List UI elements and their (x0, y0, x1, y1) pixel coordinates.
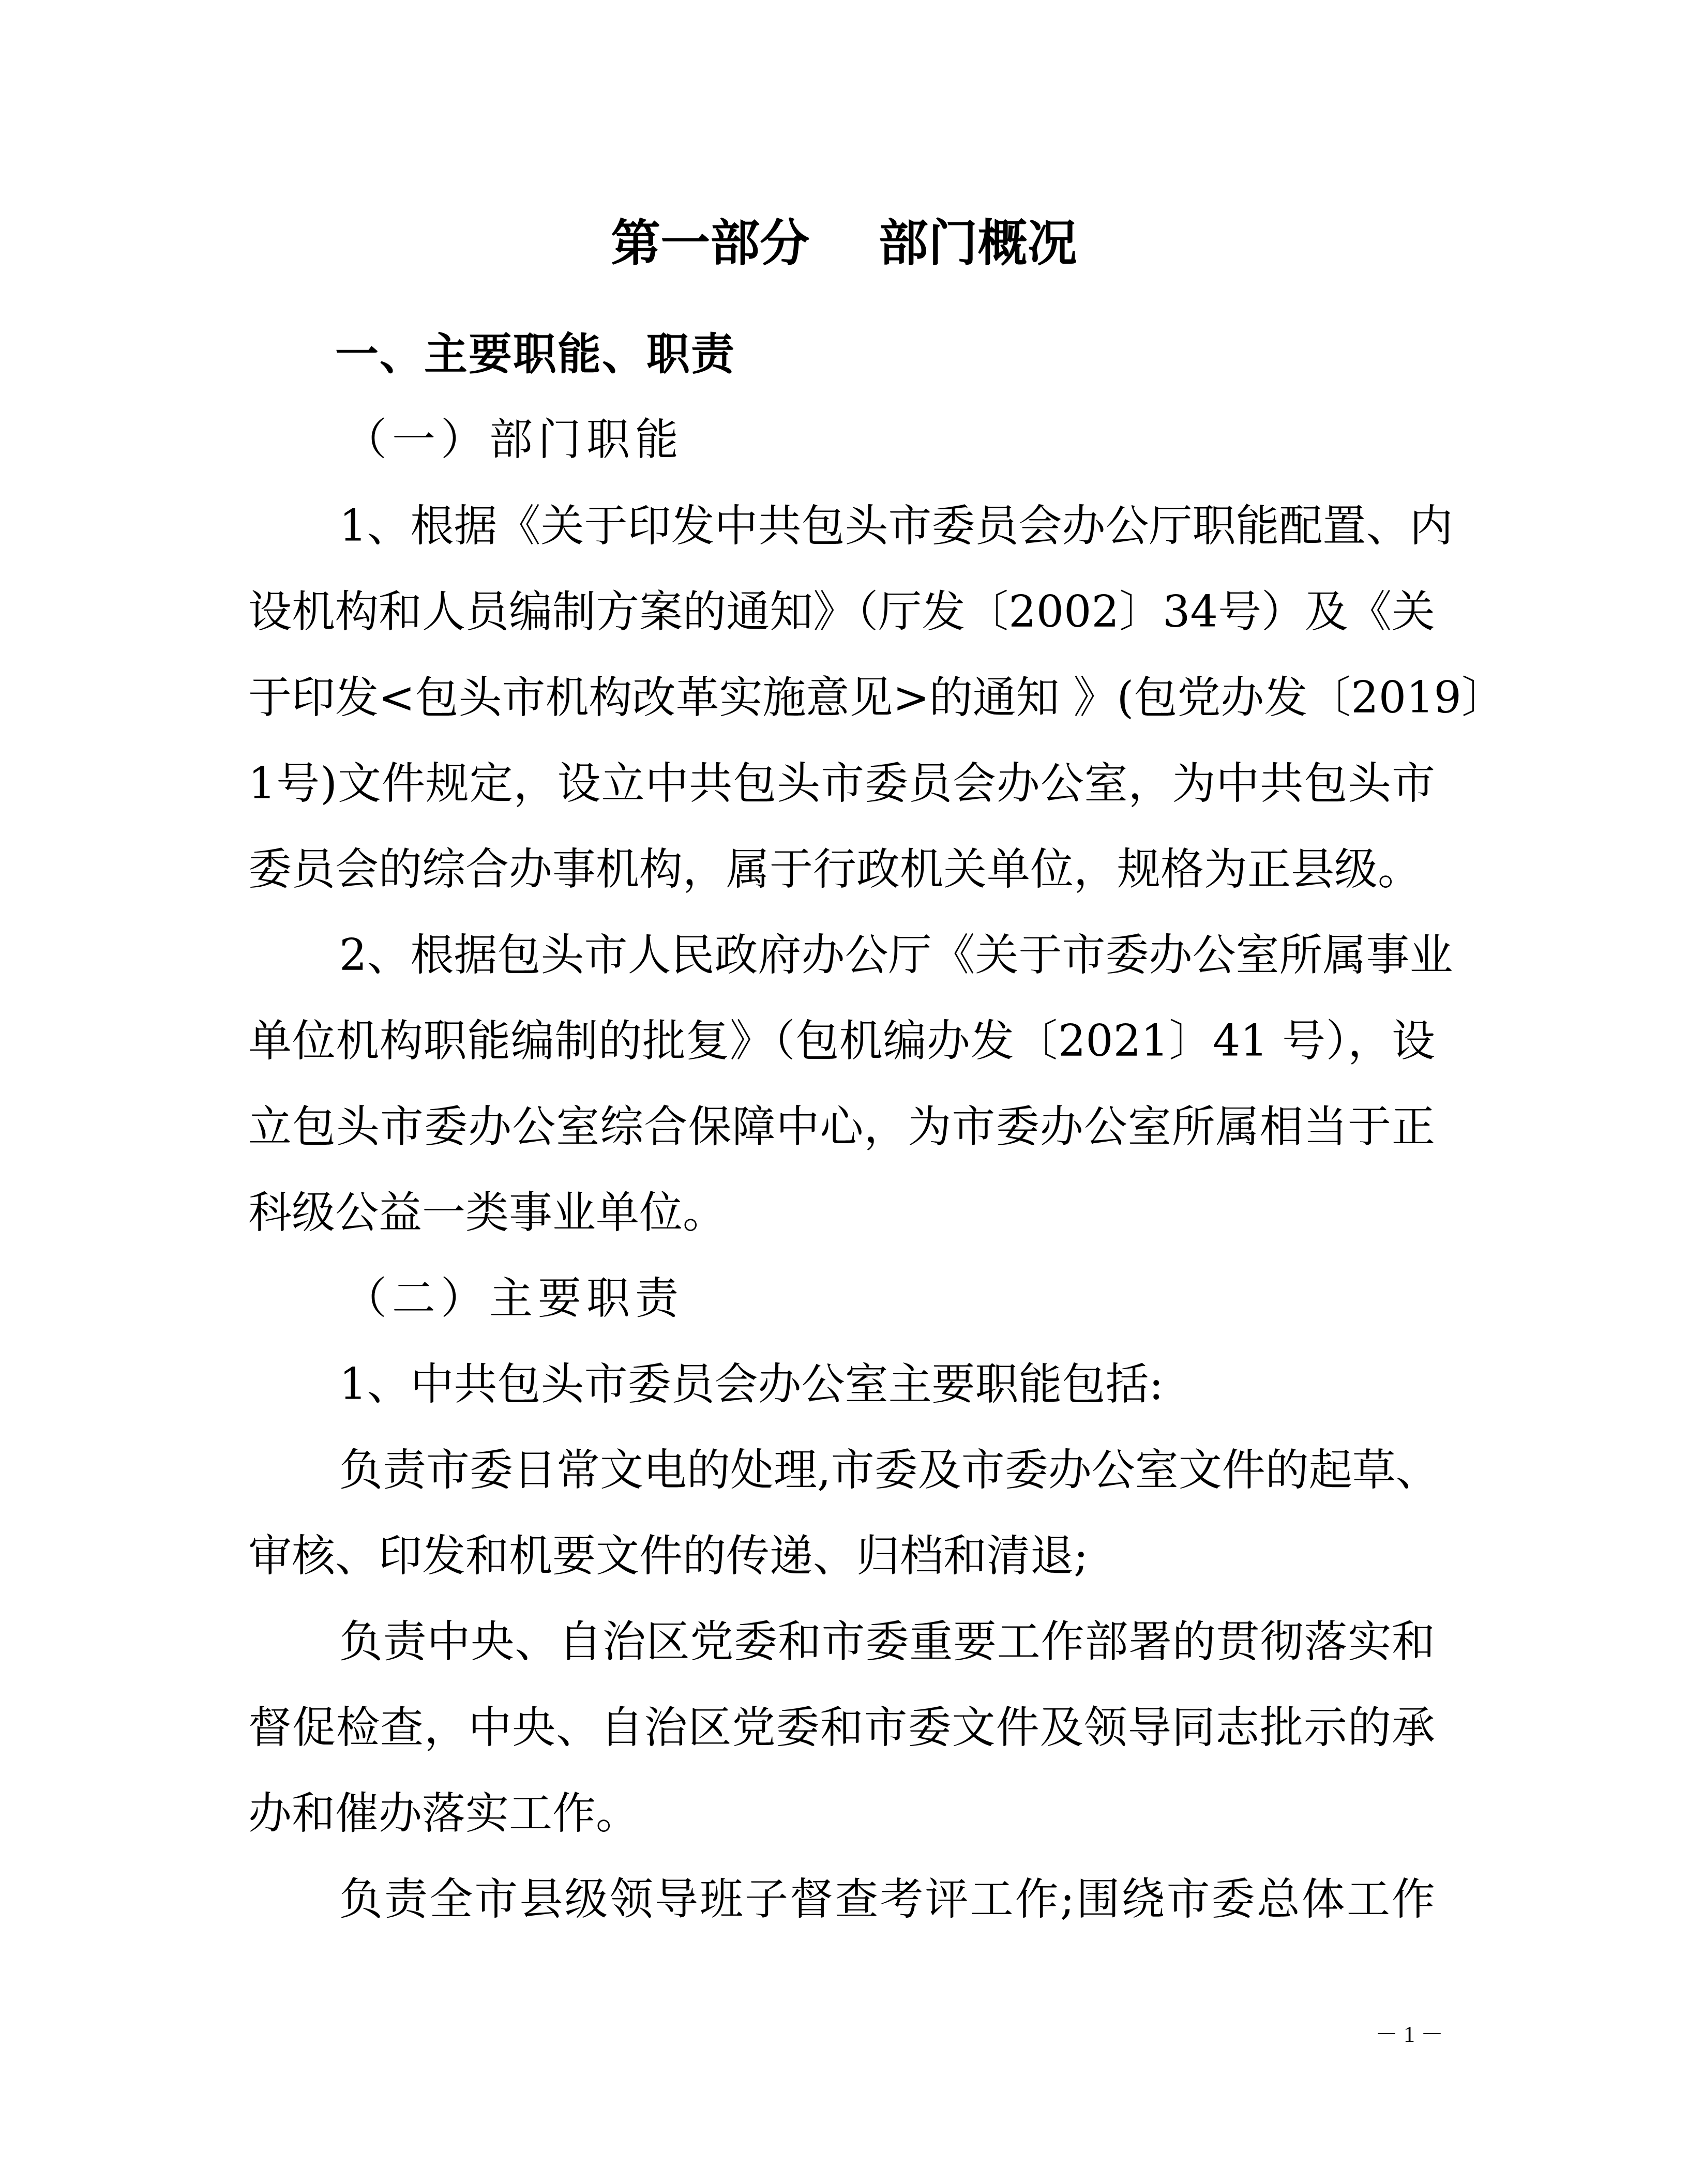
paragraph-line: 督促检查，中央、自治区党委和市委文件及领导同志批示的承 (248, 1685, 1435, 1770)
paragraph-line: 办和催办落实工作。 (248, 1770, 1435, 1856)
paragraph-line: 设机构和人员编制方案的通知》（厅发〔2002〕34号）及《关 (248, 569, 1435, 655)
document-page: 第一部分 部门概况 一、主要职能、职责 （一）部门职能 1、根据《关于印发中共包… (0, 0, 1688, 2184)
paragraph-line: 科级公益一类事业单位。 (248, 1170, 1435, 1255)
section-heading: 一、主要职能、职责 (335, 315, 735, 393)
paragraph-line: 1号)文件规定，设立中共包头市委员会办公室，为中共包头市 (248, 740, 1435, 826)
subsection-heading: （一）部门职能 (343, 397, 684, 482)
paragraph-line: 于印发<包头市机构改革实施意见>的通知 》(包党办发〔2019〕 (248, 655, 1435, 740)
paragraph-line: 单位机构职能编制的批复》（包机编办发〔2021〕41 号），设 (248, 998, 1435, 1084)
page-number: － 1 － (1370, 2019, 1448, 2050)
paragraph-line: 审核、印发和机要文件的传递、归档和清退; (248, 1513, 1435, 1599)
paragraph-line: 负责中央、自治区党委和市委重要工作部署的贯彻落实和 (339, 1599, 1435, 1685)
paragraph-line: 负责市委日常文电的处理,市委及市委办公室文件的起草、 (339, 1427, 1435, 1513)
paragraph-line: 1、中共包头市委员会办公室主要职能包括: (339, 1341, 1435, 1427)
paragraph-line: 1、根据《关于印发中共包头市委员会办公厅职能配置、内 (339, 483, 1435, 569)
paragraph-line: 2、根据包头市人民政府办公厅《关于市委办公室所属事业 (339, 912, 1435, 998)
paragraph-line: 委员会的综合办事机构，属于行政机关单位，规格为正县级。 (248, 826, 1435, 912)
subsection-heading: （二）主要职责 (343, 1255, 684, 1341)
document-title: 第一部分 部门概况 (0, 207, 1688, 279)
paragraph-line: 负责全市县级领导班子督查考评工作;围绕市委总体工作 (339, 1856, 1435, 1942)
paragraph-line: 立包头市委办公室综合保障中心，为市委办公室所属相当于正 (248, 1084, 1435, 1170)
